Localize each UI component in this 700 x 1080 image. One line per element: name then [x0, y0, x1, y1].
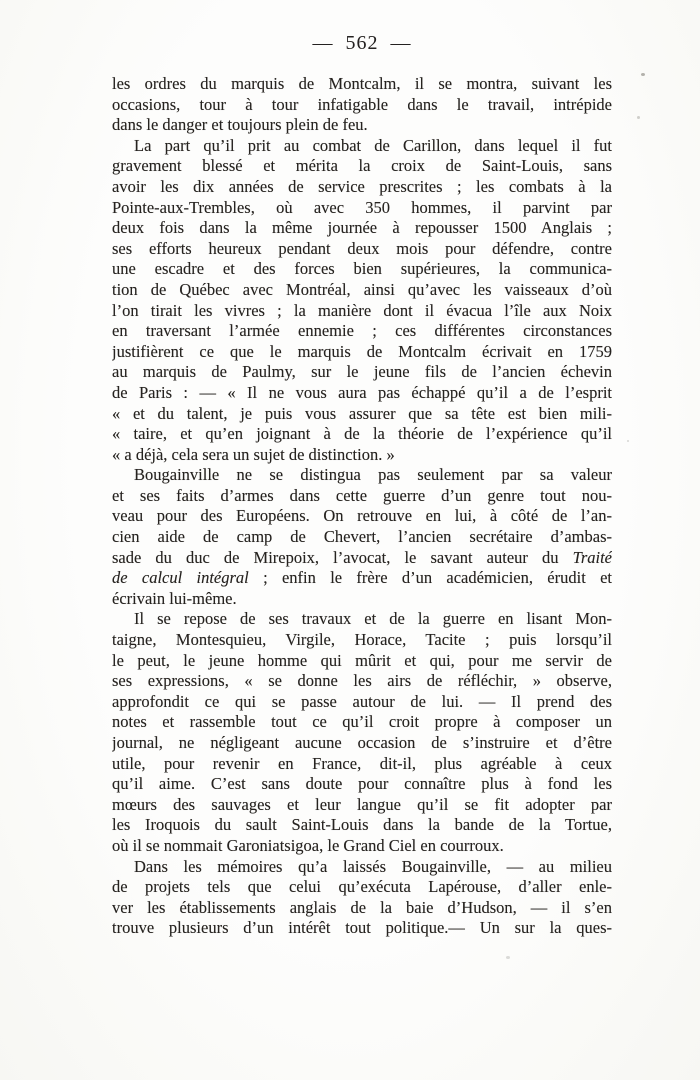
text-line: Il se repose de ses travaux et de la gue…: [112, 609, 612, 630]
text-line: et ses faits d’armes dans cette guerre d…: [112, 486, 612, 507]
paragraph-4: Il se repose de ses travaux et de la gue…: [112, 609, 612, 856]
paragraph-2: La part qu’il prit au combat de Carillon…: [112, 136, 612, 466]
text-line: occasions, tour à tour infatigable dans …: [112, 95, 612, 116]
text-line: journal, ne négligeant aucune occasion d…: [112, 733, 612, 754]
paragraph-3: Bougainville ne se distingua pas seuleme…: [112, 465, 612, 609]
text-line: notes et rassemble tout ce qu’il croit p…: [112, 712, 612, 733]
text-line: gravement blessé et mérita la croix de S…: [112, 156, 612, 177]
text-line: les ordres du marquis de Montcalm, il se…: [112, 74, 612, 95]
text-line: de calcul intégral ; enfin le frère d’un…: [112, 568, 612, 589]
text-line: sade du duc de Mirepoix, l’avocat, le sa…: [112, 548, 612, 569]
text-line: mœurs des sauvages et leur langue qu’il …: [112, 795, 612, 816]
text-line: cien aide de camp de Chevert, l’ancien s…: [112, 527, 612, 548]
text-line: de projets tels que celui qu’exécuta Lap…: [112, 877, 612, 898]
text-line: Dans les mémoires qu’a laissés Bougainvi…: [112, 857, 612, 878]
text-line: « et du talent, je puis vous assurer que…: [112, 404, 612, 425]
text-line: avoir les dix années de service prescrit…: [112, 177, 612, 198]
text-line: le peut, le jeune homme qui mûrit et qui…: [112, 651, 612, 672]
text-line: « taire, et qu’en joignant à de la théor…: [112, 424, 612, 445]
text-line: Bougainville ne se distingua pas seuleme…: [112, 465, 612, 486]
text-line: veau pour des Européens. On retrouve en …: [112, 506, 612, 527]
text-line: où il se nommait Garoniatsigoa, le Grand…: [112, 836, 612, 857]
page-number: — 562 —: [112, 32, 612, 55]
text-line: approfondit ce qui se passe autour de lu…: [112, 692, 612, 713]
text-line: justifièrent ce que le marquis de Montca…: [112, 342, 612, 363]
scan-speck: [641, 73, 645, 76]
scan-speck: [506, 956, 510, 959]
text-line: taigne, Montesquieu, Virgile, Horace, Ta…: [112, 630, 612, 651]
text-line: au marquis de Paulmy, sur le jeune fils …: [112, 362, 612, 383]
text-line: Pointe-aux-Trembles, où avec 350 hommes,…: [112, 198, 612, 219]
text-line: les Iroquois du sault Saint-Louis dans l…: [112, 815, 612, 836]
text-block: les ordres du marquis de Montcalm, il se…: [112, 74, 612, 939]
scan-speck: [627, 440, 629, 442]
text-line: de Paris : — « Il ne vous aura pas échap…: [112, 383, 612, 404]
text-line: dans le danger et toujours plein de feu.: [112, 115, 612, 136]
scan-speck: [637, 116, 640, 119]
text-line: tion de Québec avec Montréal, ainsi qu’a…: [112, 280, 612, 301]
text-line: utile, pour revenir en France, dit-il, p…: [112, 754, 612, 775]
paragraph-1: les ordres du marquis de Montcalm, il se…: [112, 74, 612, 136]
text-line: écrivain lui-même.: [112, 589, 612, 610]
text-line: trouve plusieurs d’un intérêt tout polit…: [112, 918, 612, 939]
text-line: qu’il aime. C’est sans doute pour connaî…: [112, 774, 612, 795]
text-line: ses efforts heureux pendant deux mois po…: [112, 239, 612, 260]
text-line: l’on tirait les vivres ; la manière dont…: [112, 301, 612, 322]
text-line: deux fois dans la même journée à repouss…: [112, 218, 612, 239]
text-line: ses expressions, « se donne les airs de …: [112, 671, 612, 692]
book-page: — 562 — les ordres du marquis de Montcal…: [0, 0, 700, 1080]
text-line: une escadre et des forces bien supérieur…: [112, 259, 612, 280]
text-line: La part qu’il prit au combat de Carillon…: [112, 136, 612, 157]
text-line: ver les établissements anglais de la bai…: [112, 898, 612, 919]
paragraph-5: Dans les mémoires qu’a laissés Bougainvi…: [112, 857, 612, 939]
text-line: « a déjà, cela sera un sujet de distinct…: [112, 445, 612, 466]
text-line: en traversant l’armée ennemie ; ces diff…: [112, 321, 612, 342]
